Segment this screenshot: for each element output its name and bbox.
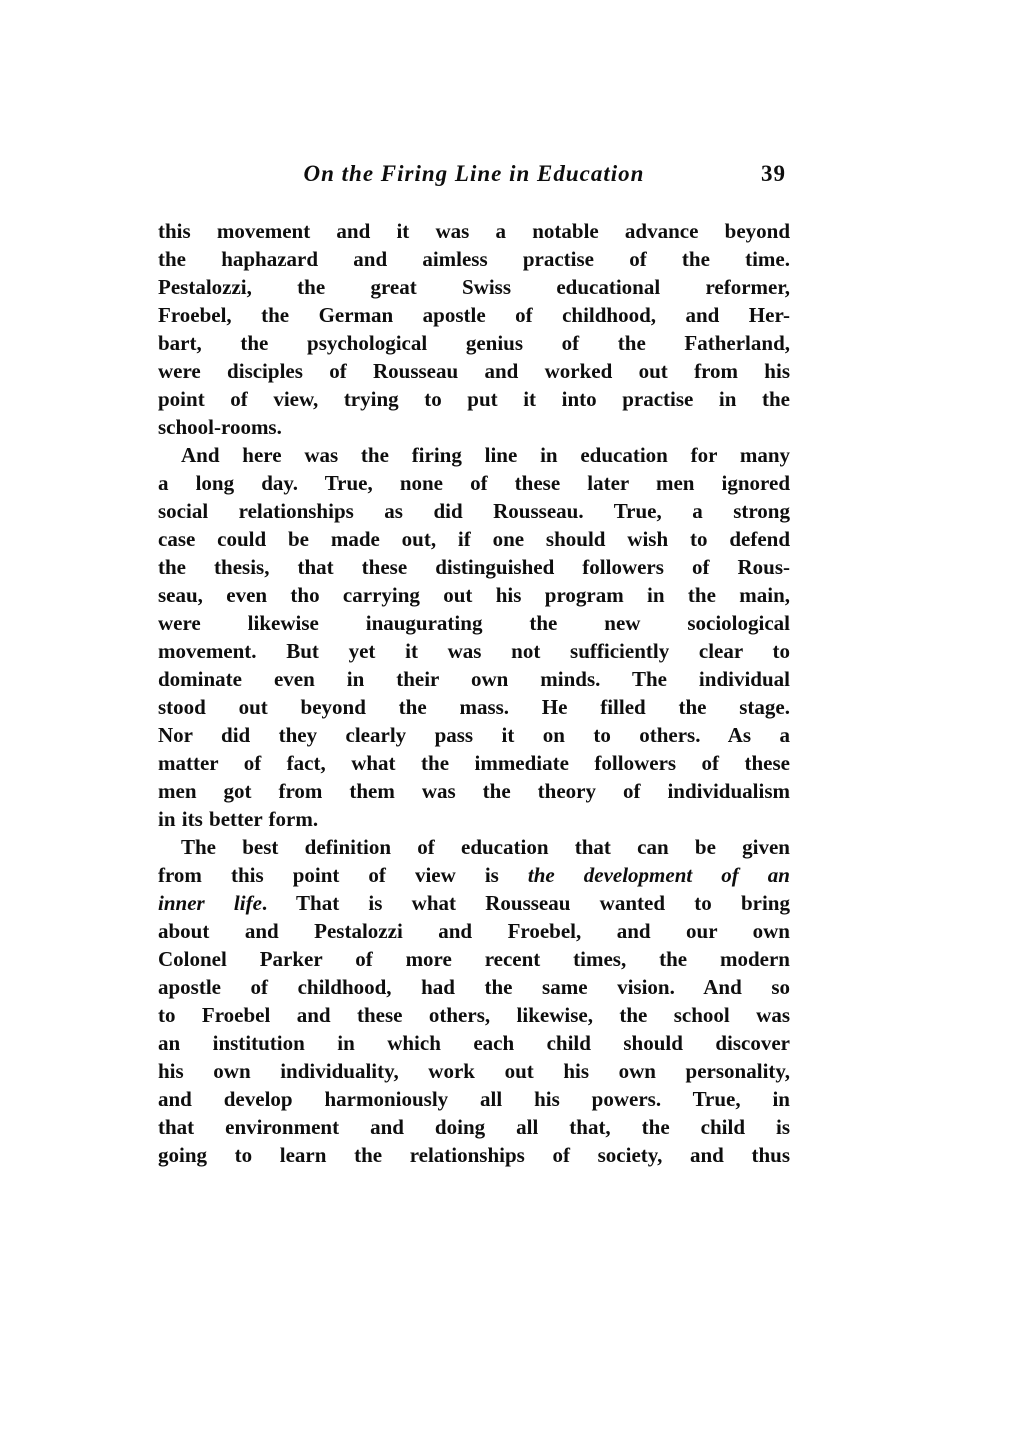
paragraph: The best definition of education that ca… bbox=[158, 833, 790, 1169]
text-line: were disciples of Rousseau and worked ou… bbox=[158, 357, 790, 385]
text-line: The best definition of education that ca… bbox=[158, 833, 790, 861]
text-line: his own individuality, work out his own … bbox=[158, 1057, 790, 1085]
book-page: On the Firing Line in Education 39 this … bbox=[0, 0, 1010, 1454]
page-number: 39 bbox=[761, 157, 786, 191]
running-header: On the Firing Line in Education 39 bbox=[158, 157, 790, 191]
text-line: movement. But yet it was not sufficientl… bbox=[158, 637, 790, 665]
running-title: On the Firing Line in Education bbox=[158, 157, 790, 191]
text-line: the thesis, that these distinguished fol… bbox=[158, 553, 790, 581]
text-line: And here was the firing line in educatio… bbox=[158, 441, 790, 469]
text-line: going to learn the relationships of soci… bbox=[158, 1141, 790, 1169]
text-line: to Froebel and these others, likewise, t… bbox=[158, 1001, 790, 1029]
text-line: Colonel Parker of more recent times, the… bbox=[158, 945, 790, 973]
text-line: school-rooms. bbox=[158, 413, 790, 441]
text-line: Pestalozzi, the great Swiss educational … bbox=[158, 273, 790, 301]
text-line: apostle of childhood, had the same visio… bbox=[158, 973, 790, 1001]
text-line: were likewise inaugurating the new socio… bbox=[158, 609, 790, 637]
paragraph: And here was the firing line in educatio… bbox=[158, 441, 790, 833]
paragraph: this movement and it was a notable advan… bbox=[158, 217, 790, 441]
text-line: point of view, trying to put it into pra… bbox=[158, 385, 790, 413]
text-line: seau, even tho carrying out his program … bbox=[158, 581, 790, 609]
body-text: this movement and it was a notable advan… bbox=[158, 217, 790, 1169]
text-line: the haphazard and aimless practise of th… bbox=[158, 245, 790, 273]
text-line: an institution in which each child shoul… bbox=[158, 1029, 790, 1057]
text-line: and develop harmoniously all his powers.… bbox=[158, 1085, 790, 1113]
text-line: bart, the psychological genius of the Fa… bbox=[158, 329, 790, 357]
text-line: this movement and it was a notable advan… bbox=[158, 217, 790, 245]
text-line: that environment and doing all that, the… bbox=[158, 1113, 790, 1141]
text-line: in its better form. bbox=[158, 805, 790, 833]
text-line: matter of fact, what the immediate follo… bbox=[158, 749, 790, 777]
text-line: from this point of view is the developme… bbox=[158, 861, 790, 889]
text-line: Nor did they clearly pass it on to other… bbox=[158, 721, 790, 749]
text-line: a long day. True, none of these later me… bbox=[158, 469, 790, 497]
text-line: about and Pestalozzi and Froebel, and ou… bbox=[158, 917, 790, 945]
text-line: social relationships as did Rousseau. Tr… bbox=[158, 497, 790, 525]
text-line: inner life. That is what Rousseau wanted… bbox=[158, 889, 790, 917]
text-line: men got from them was the theory of indi… bbox=[158, 777, 790, 805]
text-line: Froebel, the German apostle of childhood… bbox=[158, 301, 790, 329]
text-line: stood out beyond the mass. He filled the… bbox=[158, 693, 790, 721]
text-line: case could be made out, if one should wi… bbox=[158, 525, 790, 553]
text-line: dominate even in their own minds. The in… bbox=[158, 665, 790, 693]
